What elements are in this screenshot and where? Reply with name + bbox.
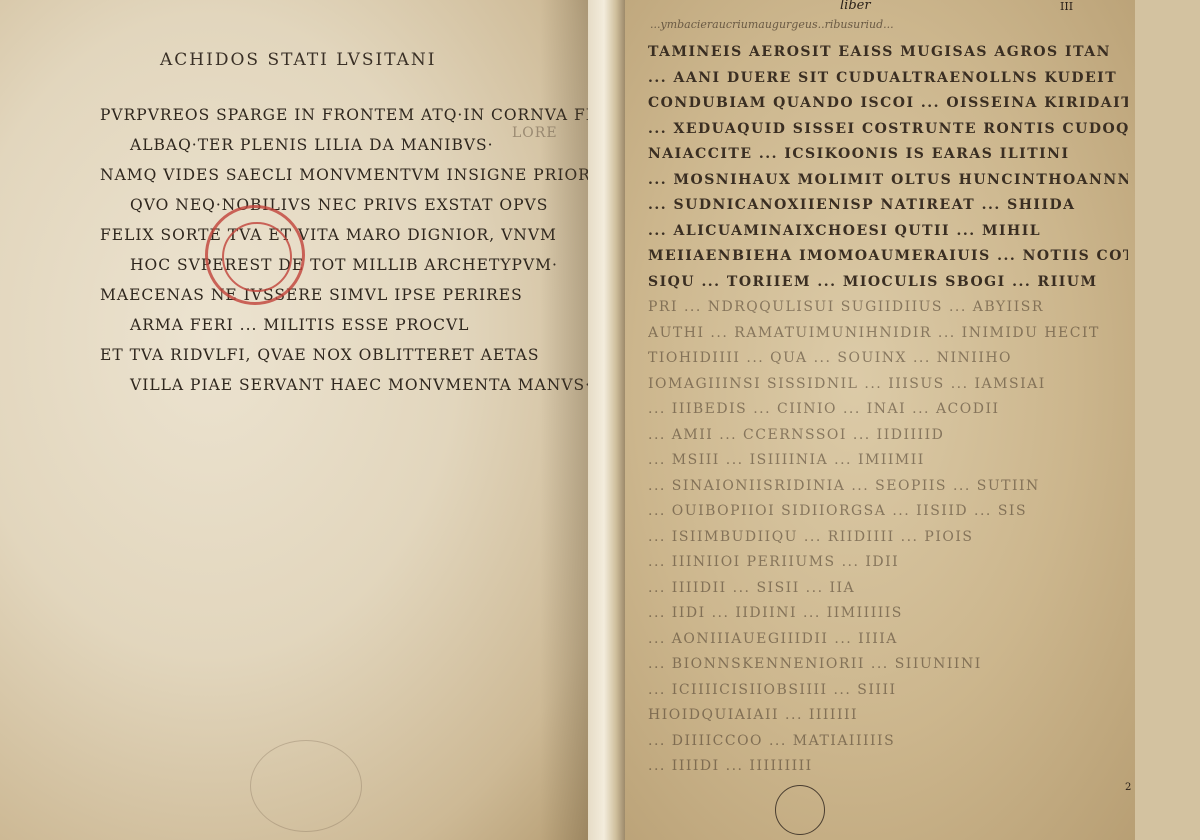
poem-title: ACHIDOS STATI LVSITANI xyxy=(160,50,437,70)
page-edge xyxy=(1135,0,1200,840)
cursive-annotation: ...ymbacieraucriumaugurgeus..ribusuriud.… xyxy=(650,18,1130,32)
poem-line: PVRPVREOS SPARGE IN FRONTEM ATQ·IN CORNV… xyxy=(100,100,570,130)
manuscript-line: ... DIIIICCOO ... MATIAIIIIIS xyxy=(648,729,1128,755)
poem-text: PVRPVREOS SPARGE IN FRONTEM ATQ·IN CORNV… xyxy=(100,100,570,400)
manuscript-line: NAIACCITE ... ICSIKOONIS IS EARAS ILITIN… xyxy=(648,142,1128,168)
manuscript-line: HIOIDQUIAIAII ... IIIIIII xyxy=(648,703,1128,729)
faint-stamp-icon xyxy=(250,740,362,832)
poem-line: ARMA FERI ... MILITIS ESSE PROCVL xyxy=(100,310,570,340)
manuscript-line: AUTHI ... RAMATUIMUNIHNIDIR ... INIMIDU … xyxy=(648,321,1128,347)
manuscript-line: CONDUBIAM QUANDO ISCOI ... OISSEINA KIRI… xyxy=(648,91,1128,117)
manuscript-line: PRI ... NDRQQULISUI SUGIIDIIUS ... ABYII… xyxy=(648,295,1128,321)
manuscript-line: ... XEDUAQUID SISSEI COSTRUNTE RONTIS CU… xyxy=(648,117,1128,143)
book-number: III xyxy=(1060,0,1073,13)
manuscript-line: ... BIONNSKENNENIORII ... SIIUNIINI xyxy=(648,652,1128,678)
manuscript-line: ... MSIII ... ISIIIINIA ... IMIIMII xyxy=(648,448,1128,474)
manuscript-line: ... AMII ... CCERNSSOI ... IIDIIIID xyxy=(648,423,1128,449)
poem-line: FELIX SORTE TVA ET VITA MARO DIGNIOR, VN… xyxy=(100,220,570,250)
manuscript-line: ... ALICUAMINAIXCHOESI QUTII ... MIHIL xyxy=(648,219,1128,245)
uncial-text: TAMINEIS AEROSIT EAISS MUGISAS AGROS ITA… xyxy=(648,40,1128,780)
manuscript-line: ... IIINIIOI PERIIUMS ... IDII xyxy=(648,550,1128,576)
poem-line: QVO NEQ·NOBILIVS NEC PRIVS EXSTAT OPVS xyxy=(100,190,570,220)
poem-line: HOC SVPEREST DE TOT MILLIB ARCHETYPVM· xyxy=(100,250,570,280)
manuscript-line: MEIIAENBIEHA IMOMOAUMERAIUIS ... NOTIIS … xyxy=(648,244,1128,270)
manuscript-line: ... ISIIMBUDIIQU ... RIIDIIII ... PIOIS xyxy=(648,525,1128,551)
poem-line: VILLA PIAE SERVANT HAEC MONVMENTA MANVS· xyxy=(100,370,570,400)
manuscript-line: TIOHIDIIII ... QUA ... SOUINX ... NINIIH… xyxy=(648,346,1128,372)
manuscript-line: IOMAGIIINSI SISSIDNIL ... IIISUS ... IAM… xyxy=(648,372,1128,398)
manuscript-line: ... OUIBOPIIOI SIDIIORGSA ... IISIID ...… xyxy=(648,499,1128,525)
manuscript-line: ... ICIIIICISIIOBSIIII ... SIIII xyxy=(648,678,1128,704)
manuscript-line: ... IIIIDI ... IIIIIIIII xyxy=(648,754,1128,780)
manuscript-line: ... IIIBEDIS ... CIINIO ... INAI ... ACO… xyxy=(648,397,1128,423)
manuscript-line: TAMINEIS AEROSIT EAISS MUGISAS AGROS ITA… xyxy=(648,40,1128,66)
library-stamp-icon xyxy=(775,785,825,835)
manuscript-line: ... SINAIONIISRIDINIA ... SEOPIIS ... SU… xyxy=(648,474,1128,500)
manuscript-line: ... IIIIDII ... SISII ... IIA xyxy=(648,576,1128,602)
folio-number: 2 xyxy=(1125,782,1131,793)
manuscript-line: SIQU ... TORIIEM ... MIOCULIS SBOGI ... … xyxy=(648,270,1128,296)
running-header: liber xyxy=(840,0,871,13)
poem-line: NAMQ VIDES SAECLI MONVMENTVM INSIGNE PRI… xyxy=(100,160,570,190)
manuscript-line: ... MOSNIHAUX MOLIMIT OLTUS HUNCINTHOANN… xyxy=(648,168,1128,194)
poem-line: ET TVA RIDVLFI, QVAE NOX OBLITTERET AETA… xyxy=(100,340,570,370)
manuscript-line: ... SUDNICANOXIIENISP NATIREAT ... SHIID… xyxy=(648,193,1128,219)
manuscript-line: ... AONIIIAUEGIIIDII ... IIIIA xyxy=(648,627,1128,653)
library-stamp-icon xyxy=(205,205,305,305)
left-page: ACHIDOS STATI LVSITANI LORE PVRPVREOS SP… xyxy=(0,0,600,840)
poem-line: MAECENAS NE IVSSERE SIMVL IPSE PERIRES xyxy=(100,280,570,310)
manuscript-line: ... IIDI ... IIDIINI ... IIMIIIIIS xyxy=(648,601,1128,627)
manuscript-line: ... AANI DUERE SIT CUDUALTRAENOLLNS KUDE… xyxy=(648,66,1128,92)
poem-line: ALBAQ·TER PLENIS LILIA DA MANIBVS· xyxy=(100,130,570,160)
book-gutter xyxy=(588,0,628,840)
